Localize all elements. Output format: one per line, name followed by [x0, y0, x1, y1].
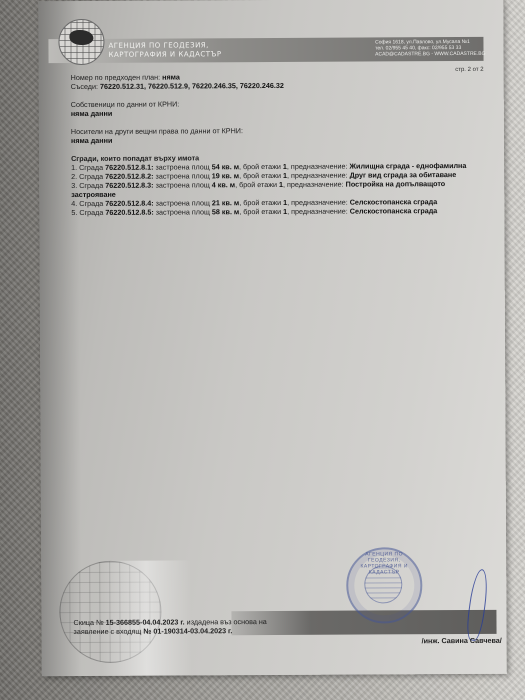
building-item: 5. Сграда 76220.512.8.5: застроена площ … [71, 206, 481, 217]
document-body: Номер по предходен план: няма Съседи: 76… [71, 71, 482, 217]
application-number: № 01-190314-03.04.2023 г. [143, 626, 232, 635]
watermark-globe-icon [59, 561, 162, 664]
globe-bulgaria-icon [58, 19, 104, 65]
document-page: АГЕНЦИЯ ПО ГЕОДЕЗИЯ, КАРТОГРАФИЯ И КАДАС… [38, 0, 507, 676]
signer-name: /инж. Савина Савчева/ [422, 636, 502, 645]
previous-plan-value: няма [162, 72, 180, 81]
agency-contact: София 1618, ул.Павлово, ул.Мусала №1 тел… [375, 39, 485, 58]
agency-name: АГЕНЦИЯ ПО ГЕОДЕЗИЯ, КАРТОГРАФИЯ И КАДАС… [108, 41, 221, 60]
official-stamp-icon: АГЕНЦИЯ ПО ГЕОДЕЗИЯ, КАРТОГРАФИЯ И КАДАС… [346, 547, 422, 623]
contact-email-web: ACAD@CADASTRE.BG - WWW.CADASTRE.BG [375, 51, 485, 58]
buildings-list: 1. Сграда 76220.512.8.1: застроена площ … [71, 161, 481, 217]
neighbors-value: 76220.512.31, 76220.512.9, 76220.246.35,… [100, 81, 284, 91]
application-row: заявление с входящ № 01-190314-03.04.202… [74, 626, 354, 636]
building-item: 3. Сграда 76220.512.8.3: застроена площ … [71, 179, 481, 199]
sketch-info: Скица № 15-366855-04.04.2023 г. издадена… [73, 617, 353, 636]
agency-name-line2: КАРТОГРАФИЯ И КАДАСТЪР [108, 50, 221, 60]
sketch-number: 15-366855-04.04.2023 г. [106, 617, 185, 626]
